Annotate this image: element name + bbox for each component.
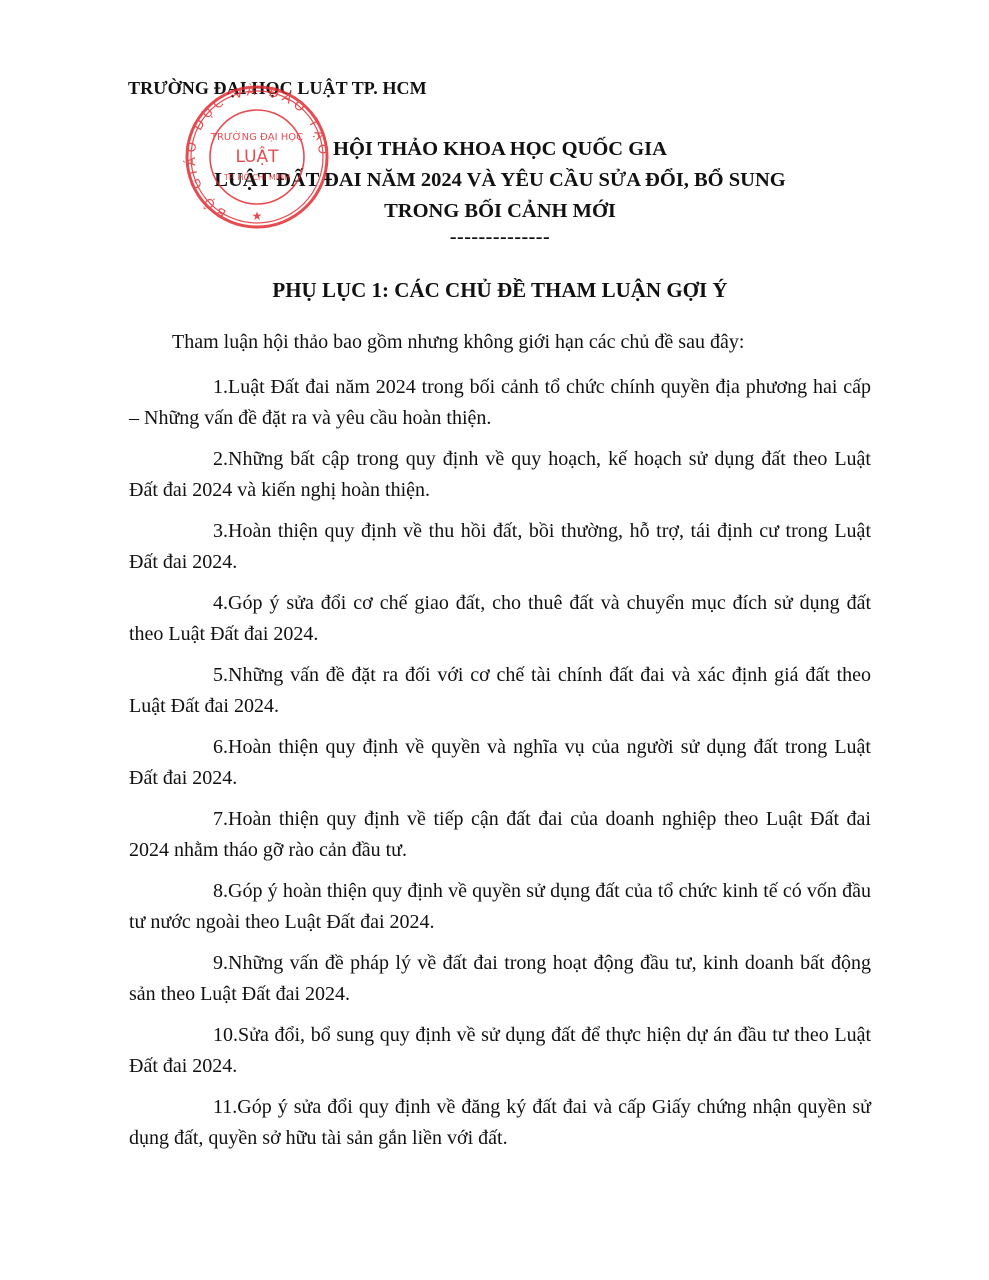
topic-text: Những vấn đề đặt ra đối với cơ chế tài c…	[129, 664, 871, 717]
topic-item: 3.Hoàn thiện quy định về thu hồi đất, bồ…	[129, 516, 871, 578]
topic-text: Hoàn thiện quy định về quyền và nghĩa vụ…	[129, 736, 871, 789]
topic-text: Góp ý sửa đổi quy định về đăng ký đất đa…	[129, 1096, 871, 1149]
topic-number: 5.	[171, 660, 228, 691]
topic-item: 10.Sửa đổi, bổ sung quy định về sử dụng …	[129, 1020, 871, 1082]
topic-number: 4.	[171, 588, 228, 619]
topic-text: Những vấn đề pháp lý về đất đai trong ho…	[129, 952, 871, 1005]
topic-text: Hoàn thiện quy định về thu hồi đất, bồi …	[129, 520, 871, 573]
topic-item: 11.Góp ý sửa đổi quy định về đăng ký đất…	[129, 1092, 871, 1154]
title-line-2: LUẬT ĐẤT ĐAI NĂM 2024 VÀ YÊU CẦU SỬA ĐỔI…	[120, 165, 880, 196]
topic-text: Góp ý hoàn thiện quy định về quyền sử dụ…	[129, 880, 871, 933]
topic-item: 8.Góp ý hoàn thiện quy định về quyền sử …	[129, 876, 871, 938]
topic-number: 3.	[171, 516, 228, 547]
appendix-title: PHỤ LỤC 1: CÁC CHỦ ĐỀ THAM LUẬN GỢI Ý	[120, 278, 880, 303]
topic-number: 6.	[171, 732, 228, 763]
topic-item: 6.Hoàn thiện quy định về quyền và nghĩa …	[129, 732, 871, 794]
topic-item: 2.Những bất cập trong quy định về quy ho…	[129, 444, 871, 506]
topic-number: 1.	[171, 372, 228, 403]
topic-number: 11.	[171, 1092, 237, 1123]
topic-number: 7.	[171, 804, 228, 835]
organization-name: TRƯỜNG ĐẠI HỌC LUẬT TP. HCM	[128, 78, 427, 99]
topic-item: 9.Những vấn đề pháp lý về đất đai trong …	[129, 948, 871, 1010]
topic-number: 9.	[171, 948, 228, 979]
topic-list: 1.Luật Đất đai năm 2024 trong bối cảnh t…	[129, 372, 871, 1164]
topic-item: 1.Luật Đất đai năm 2024 trong bối cảnh t…	[129, 372, 871, 434]
topic-text: Hoàn thiện quy định về tiếp cận đất đai …	[129, 808, 871, 861]
title-line-3: TRONG BỐI CẢNH MỚI	[120, 196, 880, 227]
title-separator: --------------	[120, 226, 880, 249]
topic-number: 8.	[171, 876, 228, 907]
topic-item: 4.Góp ý sửa đổi cơ chế giao đất, cho thu…	[129, 588, 871, 650]
appendix-intro: Tham luận hội thảo bao gồm nhưng không g…	[172, 331, 744, 354]
topic-text: Góp ý sửa đổi cơ chế giao đất, cho thuê …	[129, 592, 871, 645]
topic-text: Luật Đất đai năm 2024 trong bối cảnh tổ …	[129, 376, 871, 429]
topic-text: Sửa đổi, bổ sung quy định về sử dụng đất…	[129, 1024, 871, 1077]
topic-item: 7.Hoàn thiện quy định về tiếp cận đất đa…	[129, 804, 871, 866]
title-line-1: HỘI THẢO KHOA HỌC QUỐC GIA	[120, 134, 880, 165]
topic-number: 10.	[171, 1020, 238, 1051]
topic-number: 2.	[171, 444, 228, 475]
topic-item: 5.Những vấn đề đặt ra đối với cơ chế tài…	[129, 660, 871, 722]
document-page: TRƯỜNG ĐẠI HỌC LUẬT TP. HCM HỘI THẢO KHO…	[0, 0, 989, 1280]
topic-text: Những bất cập trong quy định về quy hoạc…	[129, 448, 871, 501]
conference-title: HỘI THẢO KHOA HỌC QUỐC GIA LUẬT ĐẤT ĐAI …	[120, 134, 880, 227]
